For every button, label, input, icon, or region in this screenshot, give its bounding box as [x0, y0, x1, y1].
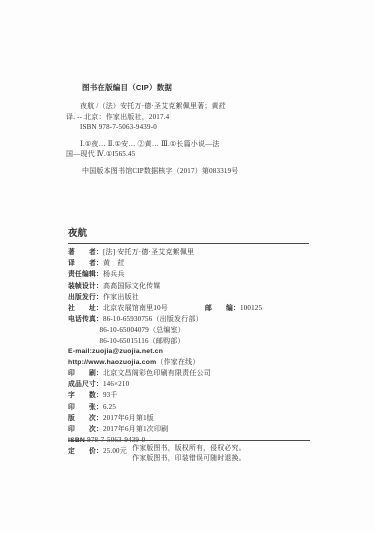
cip-description-line: 译. -- 北京：作家出版社，2017.4 — [66, 112, 322, 122]
label-phone-fax: 电话传真： — [68, 316, 103, 323]
value-address: 北京农展馆南里10号 — [103, 304, 168, 312]
label-author: 著 者： — [68, 249, 103, 256]
colophon-row: 字 数：93千 — [68, 390, 309, 401]
value-website: http://www.haozuojia.com — [68, 359, 156, 366]
footer-notice: 作家版图书，版权所有，侵权必究。作家版图书，印装错误可随时退换。 — [68, 440, 310, 464]
colophon-row: 社 址：北京农展馆南里10号邮 编：100125 — [68, 303, 309, 314]
colophon-row: http://www.haozuojia.com（作家在线） — [68, 357, 309, 368]
colophon-row: 86-10-65015116（邮购部） — [68, 336, 309, 346]
colophon-row: 译 者：黄 荭 — [68, 258, 309, 269]
value-author: [法] 安托万·德·圣艾克絮佩里 — [103, 248, 194, 256]
colophon-row: 印 刷：北京文昌阁彩色印刷有限责任公司 — [68, 368, 309, 379]
cip-classification-line: 国—现代 Ⅳ.①I565.45 — [66, 149, 322, 159]
copyright-page: 图书在版编目（CIP）数据 夜航 /（法）安托万·德·圣艾克絮佩里著；黄荭译. … — [0, 0, 375, 533]
cip-heading: 图书在版编目（CIP）数据 — [66, 83, 322, 93]
label-publisher: 出版发行： — [68, 294, 103, 301]
value-printer: 北京文昌阁彩色印刷有限责任公司 — [103, 369, 211, 377]
value-size: 146×210 — [103, 380, 129, 388]
value-edition: 2017年6月第1版 — [103, 414, 154, 422]
book-title: 夜航 — [68, 228, 309, 244]
label-edition: 版 次： — [68, 415, 103, 422]
colophon-rows: 著 者：[法] 安托万·德·圣艾克絮佩里译 者：黄 荭责任编辑：杨兵兵装帧设计：… — [68, 247, 309, 458]
cip-description: 夜航 /（法）安托万·德·圣艾克絮佩里著；黄荭译. -- 北京：作家出版社，20… — [66, 101, 322, 132]
value-translator: 黄 荭 — [103, 259, 125, 267]
value-phone-3: 86-10-65015116（邮购部） — [100, 337, 185, 345]
label-impression: 印 次： — [68, 426, 103, 433]
cip-classification: Ⅰ.①夜… Ⅱ.①安… ②黄… Ⅲ.①长篇小说—法国—现代 Ⅳ.①I565.45 — [66, 139, 322, 160]
label-size: 成品尺寸： — [68, 381, 103, 388]
label-word-count: 字 数： — [68, 392, 103, 399]
colophon-row: 出版发行：作家出版社 — [68, 292, 309, 303]
cip-section: 图书在版编目（CIP）数据 夜航 /（法）安托万·德·圣艾克絮佩里著；黄荭译. … — [66, 83, 322, 176]
value-design: 高高国际文化传媒 — [103, 282, 161, 290]
colophon-row: 责任编辑：杨兵兵 — [68, 269, 309, 280]
label-translator: 译 者： — [68, 260, 103, 267]
colophon-row: 版 次：2017年6月第1版 — [68, 413, 309, 424]
value-phone-1: 86-10-65930756（出版发行部） — [103, 315, 203, 323]
colophon-row: 电话传真：86-10-65930756（出版发行部） — [68, 314, 309, 325]
label-address: 社 址： — [68, 305, 103, 312]
colophon-section: 夜航 著 者：[法] 安托万·德·圣艾克絮佩里译 者：黄 荭责任编辑：杨兵兵装帧… — [68, 228, 309, 458]
cip-description-line: 夜航 /（法）安托万·德·圣艾克絮佩里著；黄荭 — [66, 101, 322, 111]
label-sheets: 印 张： — [68, 404, 103, 411]
colophon-row: 著 者：[法] 安托万·德·圣艾克絮佩里 — [68, 247, 309, 258]
value-impression: 2017年6月第1次印刷 — [103, 425, 168, 433]
cip-classification-line: Ⅰ.①夜… Ⅱ.①安… ②黄… Ⅲ.①长篇小说—法 — [66, 139, 322, 149]
value-postcode: 100125 — [240, 304, 262, 312]
value-email: E-mail:zuojia@zuojia.net.cn — [68, 348, 163, 355]
value-sheets: 6.25 — [103, 403, 116, 411]
label-printer: 印 刷： — [68, 370, 103, 377]
footer-notice-line: 作家版图书，版权所有，侵权必究。 — [68, 444, 310, 454]
colophon-row: 装帧设计：高高国际文化传媒 — [68, 281, 309, 292]
label-editor: 责任编辑： — [68, 271, 103, 278]
value-phone-2: 86-10-65004079（总编室） — [100, 326, 185, 334]
colophon-row: 印 次：2017年6月第1次印刷 — [68, 424, 309, 435]
value-website-note: （作家在线） — [156, 358, 199, 366]
value-publisher: 作家出版社 — [103, 293, 139, 301]
value-word-count: 93千 — [103, 391, 118, 399]
label-design: 装帧设计： — [68, 283, 103, 290]
footer-notice-line: 作家版图书，印装错误可随时退换。 — [68, 454, 310, 464]
label-postcode: 邮 编： — [205, 305, 240, 312]
colophon-row: 成品尺寸：146×210 — [68, 379, 309, 390]
value-editor: 杨兵兵 — [103, 270, 125, 278]
colophon-row: 86-10-65004079（总编室） — [68, 325, 309, 335]
cip-record-number: 中国版本图书馆CIP数据核字（2017）第083319号 — [66, 166, 322, 176]
cip-description-line: ISBN 978-7-5063-9439-0 — [66, 122, 322, 132]
colophon-row: E-mail:zuojia@zuojia.net.cn — [68, 346, 309, 357]
colophon-row: 印 张：6.25 — [68, 402, 309, 413]
